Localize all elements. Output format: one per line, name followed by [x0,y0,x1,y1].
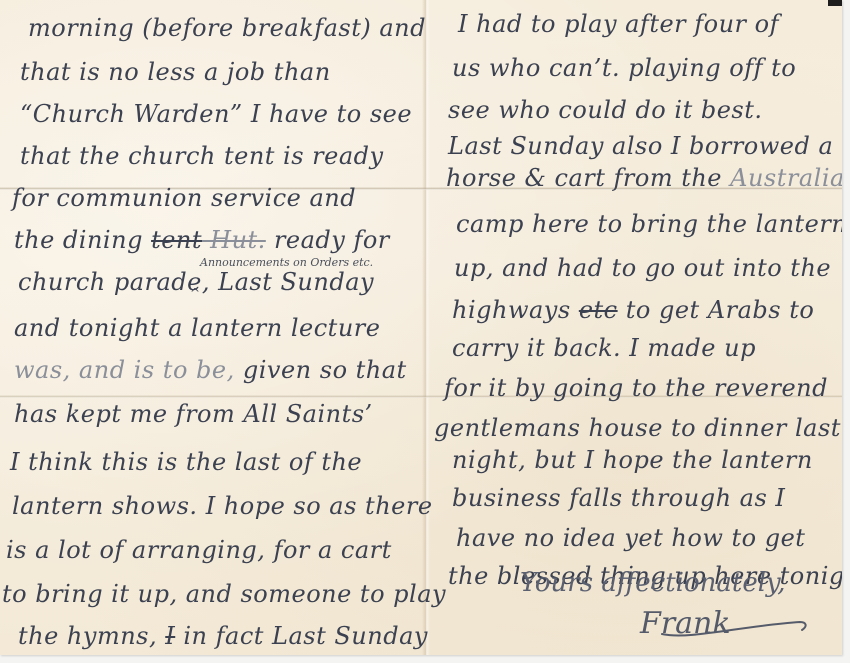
left-line-13: is a lot of arranging, for a cart [6,536,392,564]
right-line-11: gentlemans house to dinner last [434,414,841,442]
left-line-5: for communion service and [12,184,356,212]
right-line-13: business falls through as I [452,484,785,512]
left-line-2: that is no less a job than [20,58,331,86]
left-line-14: to bring it up, and someone to play [2,580,446,608]
left-page: morning (before breakfast) and that is n… [0,0,422,655]
right-line-7: up, and had to go out into the [454,254,831,282]
right-page: I had to play after four of us who can’t… [430,0,842,655]
left-line-9: was, and is to be, given so that [14,356,407,384]
letter-scan: morning (before breakfast) and that is n… [0,0,850,663]
text-run: in fact Last Sunday [175,622,428,650]
right-line-6: camp here to bring the lantern [456,210,842,238]
faint-word: Hut. [202,226,266,254]
right-line-9: carry it back. I made up [452,334,756,362]
closing-salutation: Yours affectionately, [520,568,786,598]
struck-word: etc [579,296,618,324]
right-line-8: highways etc to get Arabs to [452,296,814,324]
struck-word: I [165,622,175,650]
faint-word: Australian [730,164,842,192]
left-line-10: has kept me from All Saints’ [14,400,373,428]
right-line-12: night, but I hope the lantern [452,446,813,474]
right-line-1: I had to play after four of [458,10,779,38]
right-line-10: for it by going to the reverend [444,374,828,402]
text-run: the hymns, [18,622,165,650]
left-line-4: that the church tent is ready [20,142,384,170]
left-line-12: lantern shows. I hope so as there [12,492,433,520]
letter-paper: morning (before breakfast) and that is n… [0,0,842,655]
left-line-15: the hymns, I in fact Last Sunday [18,622,428,650]
right-line-5: horse & cart from the Australian [446,164,842,192]
text-run: the dining [14,226,151,254]
left-line-8: and tonight a lantern lecture [14,314,380,342]
text-run: ready for [266,226,390,254]
left-line-1: morning (before breakfast) and [28,14,426,42]
right-line-2: us who can’t. playing off to [452,54,796,82]
center-fold [422,0,430,655]
text-run: given so that [235,356,407,384]
left-line-3: “Church Warden” I have to see [20,100,412,128]
text-run: highways [452,296,579,324]
text-run: to get Arabs to [618,296,815,324]
left-line-6: the dining tent Hut. ready for [14,226,390,254]
right-line-14: have no idea yet how to get [456,524,805,552]
text-run: horse & cart from the [446,164,730,192]
right-line-4: Last Sunday also I borrowed a [448,132,833,160]
signature-flourish [660,618,810,640]
left-line-11: I think this is the last of the [10,448,362,476]
faint-text: was, and is to be, [14,356,235,384]
left-line-7: church parade, Last Sunday [18,268,374,296]
struck-word: tent [151,226,202,254]
right-line-3: see who could do it best. [448,96,763,124]
